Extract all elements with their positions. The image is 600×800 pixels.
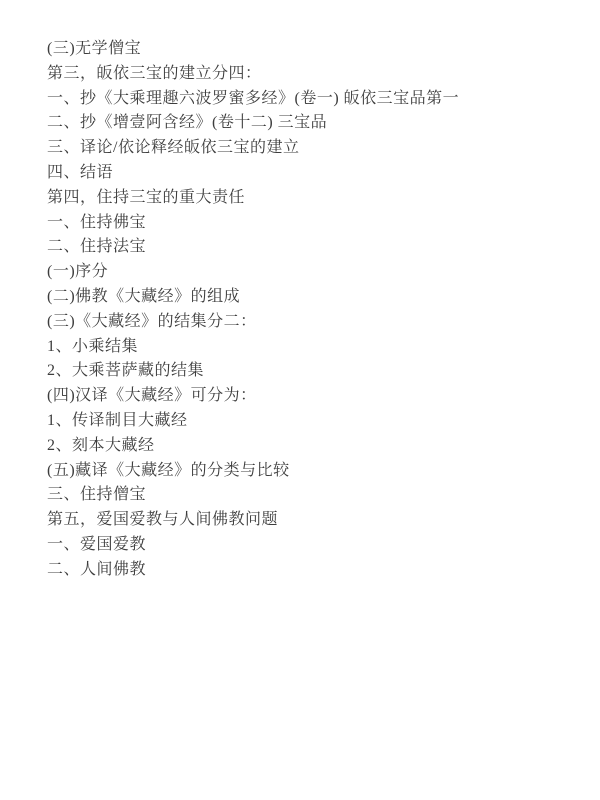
outline-line: 2、刻本大藏经 — [47, 434, 570, 459]
outline-line: 一、抄《大乘理趣六波罗蜜多经》(卷一) 皈依三宝品第一 — [47, 87, 570, 112]
outline-line: 二、抄《增壹阿含经》(卷十二) 三宝品 — [47, 111, 570, 136]
document-page: (三)无学僧宝 第三，皈依三宝的建立分四： 一、抄《大乘理趣六波罗蜜多经》(卷一… — [0, 0, 600, 800]
outline-line: 一、住持佛宝 — [47, 211, 570, 236]
outline-line: (五)藏译《大藏经》的分类与比较 — [47, 459, 570, 484]
outline-line: 2、大乘菩萨藏的结集 — [47, 359, 570, 384]
outline-line: 第四，住持三宝的重大责任 — [47, 186, 570, 211]
outline-line: 第五，爱国爱教与人间佛教问题 — [47, 508, 570, 533]
outline-line: 一、爱国爱教 — [47, 533, 570, 558]
outline-line: 二、人间佛教 — [47, 558, 570, 583]
outline-line: 三、住持僧宝 — [47, 483, 570, 508]
outline-line: 1、小乘结集 — [47, 335, 570, 360]
outline-line: 1、传译制目大藏经 — [47, 409, 570, 434]
outline-line: (四)汉译《大藏经》可分为： — [47, 384, 570, 409]
outline-line: (一)序分 — [47, 260, 570, 285]
outline-line: 三、译论/依论释经皈依三宝的建立 — [47, 136, 570, 161]
outline-line: (二)佛教《大藏经》的组成 — [47, 285, 570, 310]
outline-line: 二、住持法宝 — [47, 235, 570, 260]
outline-line: (三)《大藏经》的结集分二： — [47, 310, 570, 335]
outline-line: 四、结语 — [47, 161, 570, 186]
outline-line: 第三，皈依三宝的建立分四： — [47, 62, 570, 87]
outline-line: (三)无学僧宝 — [47, 37, 570, 62]
